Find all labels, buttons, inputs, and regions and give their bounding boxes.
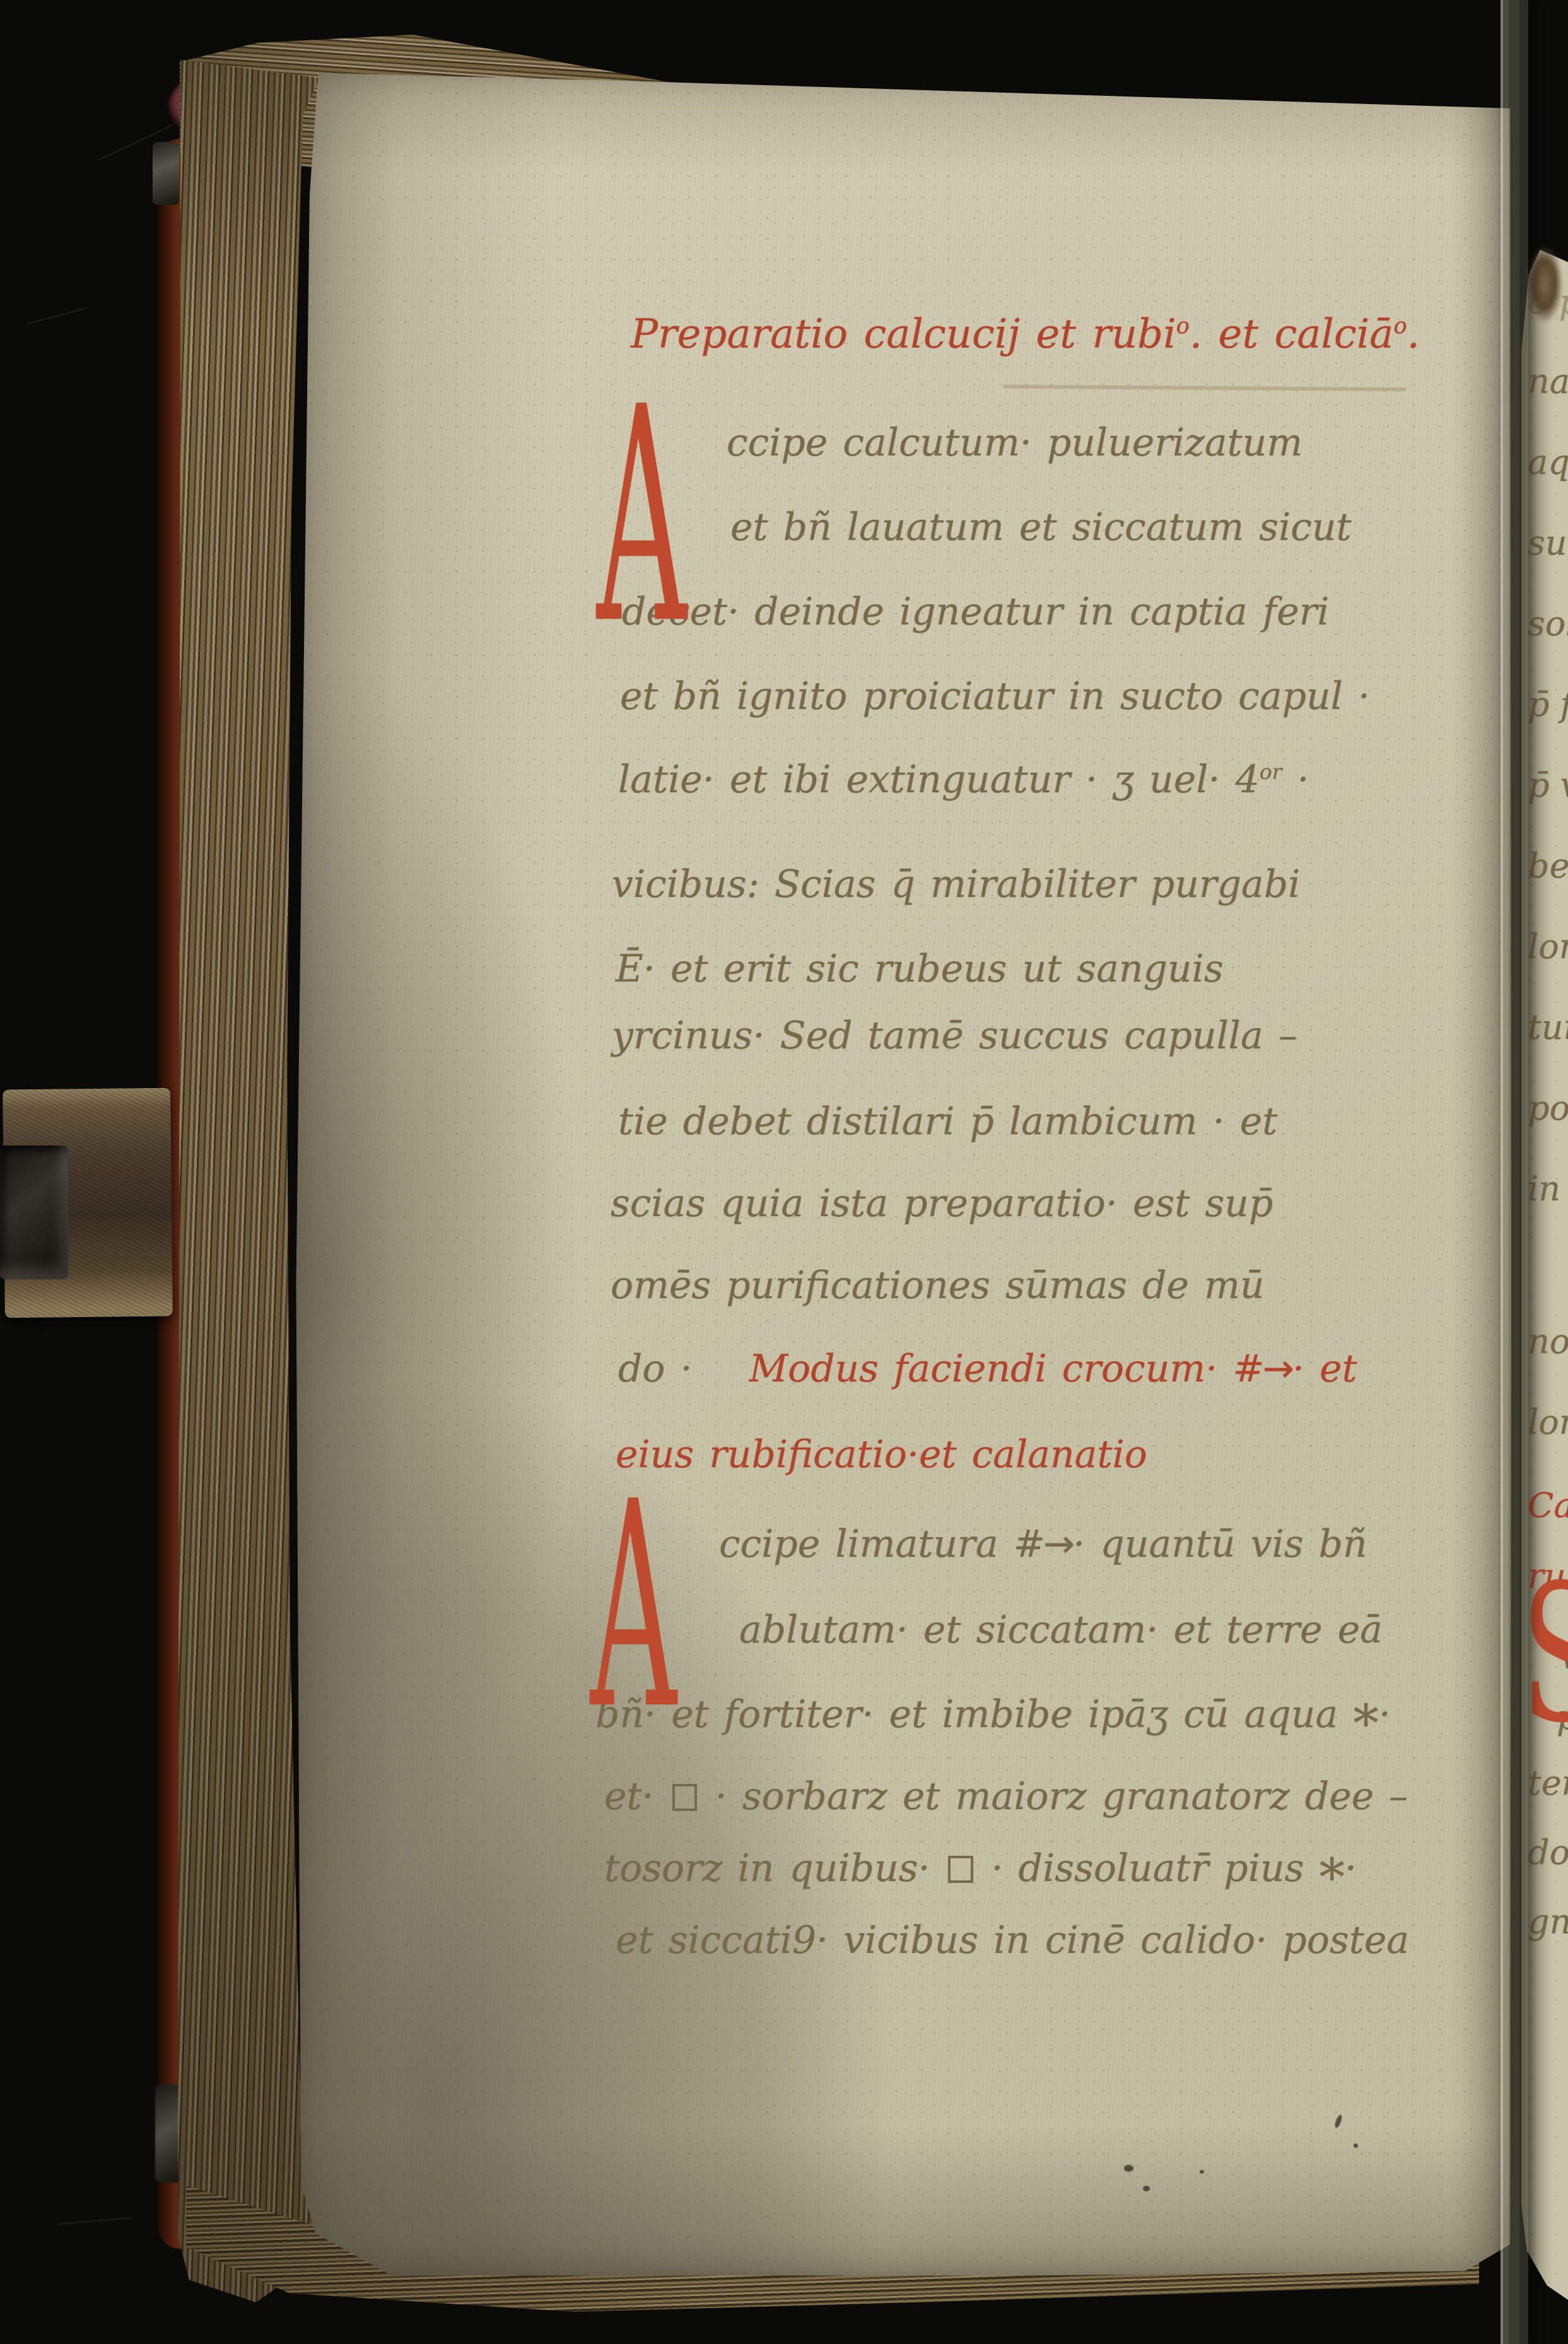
body-text: · <box>1282 758 1309 802</box>
body-text: ablutam· et siccatam· et terre eā <box>739 1608 1383 1652</box>
text-line: omēs purificationes sūmas de mū <box>611 1267 1265 1304</box>
rubric-text: o <box>1393 311 1407 358</box>
text-line: decet· deinde igneatur in captia feri <box>622 593 1329 631</box>
red-initial-letter: A <box>590 1496 676 1718</box>
ink-speck <box>1200 2170 1204 2174</box>
facing-page-text-fragment: solu <box>1528 607 1568 641</box>
asterisk-symbol: * <box>1319 1849 1345 1908</box>
body-text: bñ· et fortiter· et imbibe ipāʒ cū aqua … <box>595 1692 1391 1737</box>
body-text: Ē· et erit sic rubeus ut sanguis <box>616 947 1224 991</box>
body-text: tosorz in quibus· · dissoluatr̄ pius *· <box>604 1846 1357 1890</box>
body-text: or <box>1260 758 1282 802</box>
ink-speck <box>1124 2165 1133 2172</box>
body-text: latie· et ibi extinguatur · ʒ uel· 4 <box>618 758 1260 802</box>
text-line: Ē· et erit sic rubeus ut sanguis <box>616 950 1224 988</box>
text-line: scias quia ista preparatio· est sup̄ <box>611 1185 1273 1222</box>
text-line: et bñ ignito proiciatur in sucto capul · <box>620 677 1370 715</box>
body-text: do · <box>618 1347 693 1391</box>
facing-page-text-fragment: nate <box>1528 365 1568 399</box>
body-text: ccipe calcutum· puluerizatum <box>727 421 1302 465</box>
facing-page-sliver: o pnateaq dsubsolup̄ fip̄ vrbenloreturpo… <box>1521 250 1568 2300</box>
ink-speck <box>1354 2143 1358 2148</box>
text-line: latie· et ibi extinguatur · ʒ uel· 4or · <box>618 761 1309 799</box>
body-text: tie debet distilari p̄ lambicum · et <box>618 1099 1277 1144</box>
text-line: ablutam· et siccatam· et terre eā <box>739 1611 1383 1649</box>
strap-metal-keeper <box>0 1146 68 1279</box>
text-line: et· · sorbarz et maiorz granatorz dee – <box>604 1778 1408 1815</box>
facing-page-text-fragment: do et <box>1528 1836 1568 1870</box>
rubric-text: Modus faciendi crocum· #→· et <box>749 1347 1357 1391</box>
text-line: Preparatio calcucij et rubio. et calciāo… <box>631 314 1420 355</box>
text-line: ccipe limatura #→· quantū vis bñ <box>719 1525 1367 1563</box>
facing-page-text-fragment: in f <box>1528 1172 1568 1206</box>
facing-page-text-fragment: tur <box>1528 1011 1568 1045</box>
iron-symbol: #→ <box>1014 1522 1074 1566</box>
asterisk-symbol: * <box>1353 1695 1379 1754</box>
rubric-text: o <box>1176 311 1190 358</box>
facing-page-text-fragment: noste <box>1528 1325 1568 1359</box>
square-symbol <box>948 1856 973 1883</box>
facing-page-text-fragment: sub <box>1528 526 1568 560</box>
text-layer: Preparatio calcucij et rubio. et calciāo… <box>0 0 1568 2344</box>
text-line: et siccati9· vicibus in cinē calido· pos… <box>616 1921 1409 1959</box>
body-text: et bñ lauatum et siccatum sicut <box>730 505 1352 549</box>
text-line: vicibus: Scias q̄ mirabiliter purgabi <box>612 865 1300 903</box>
iron-symbol: #→ <box>1232 1347 1292 1391</box>
endband-right <box>1526 245 1563 324</box>
red-initial-letter: A <box>597 401 687 633</box>
body-text: et siccati9· vicibus in cinē calido· pos… <box>616 1918 1409 1962</box>
body-text: ccipe limatura #→· quantū vis bñ <box>719 1522 1367 1566</box>
text-line: tie debet distilari p̄ lambicum · et <box>618 1103 1277 1140</box>
facing-page-text-fragment: Calc <box>1528 1489 1568 1523</box>
facing-page-text-fragment: p̄ vr <box>1528 768 1568 802</box>
text-line: et bñ lauatum et siccatum sicut <box>730 508 1352 546</box>
body-text: vicibus: Scias q̄ mirabiliter purgabi <box>612 862 1300 906</box>
rubric-text: Preparatio calcucij et rubi <box>631 311 1176 358</box>
text-line: bñ· et fortiter· et imbibe ipāʒ cū aqua … <box>595 1696 1391 1750</box>
rubric-text: . et calciā <box>1190 311 1394 358</box>
text-line: yrcinus· Sed tamē succus capulla – <box>612 1017 1297 1055</box>
manuscript-photo: Preparatio calcucij et rubio. et calciāo… <box>0 0 1568 2344</box>
body-text: et bñ ignito proiciatur in sucto capul · <box>620 674 1370 718</box>
facing-page-text-fragment: lore <box>1528 930 1568 964</box>
text-line: eius rubificatio·et calanatio <box>616 1436 1147 1474</box>
body-text: decet· deinde igneatur in captia feri <box>622 590 1329 634</box>
square-symbol <box>672 1784 697 1811</box>
body-text: scias quia ista preparatio· est sup̄ <box>611 1181 1273 1226</box>
glass-holding-strip <box>1501 0 1528 2344</box>
ink-speck <box>1143 2186 1150 2191</box>
rubric-text: . <box>1407 311 1420 358</box>
rubric-text: eius rubificatio·et calanatio <box>616 1433 1147 1477</box>
facing-page-text-fragment: aq d <box>1528 445 1568 479</box>
text-line: tosorz in quibus· · dissoluatr̄ pius *· <box>604 1849 1357 1904</box>
facing-page-text-fragment: p̄ fi <box>1528 688 1568 722</box>
red-initial-letter: S <box>1521 1581 1568 1728</box>
facing-page-text-fragment: gnou <box>1528 1905 1568 1939</box>
text-line: ccipe calcutum· puluerizatum <box>727 424 1302 462</box>
facing-page-text-fragment: lorent <box>1528 1405 1568 1439</box>
text-line: do ·Modus faciendi crocum· #→· et <box>618 1350 1357 1388</box>
body-text: omēs purificationes sūmas de mū <box>611 1263 1265 1308</box>
facing-page-text-fragment: post <box>1528 1091 1568 1125</box>
facing-page-text-fragment: terre <box>1528 1766 1568 1800</box>
body-text: et· · sorbarz et maiorz granatorz dee – <box>604 1774 1408 1819</box>
body-text: yrcinus· Sed tamē succus capulla – <box>612 1014 1297 1058</box>
facing-page-text-fragment: ben <box>1528 849 1568 883</box>
